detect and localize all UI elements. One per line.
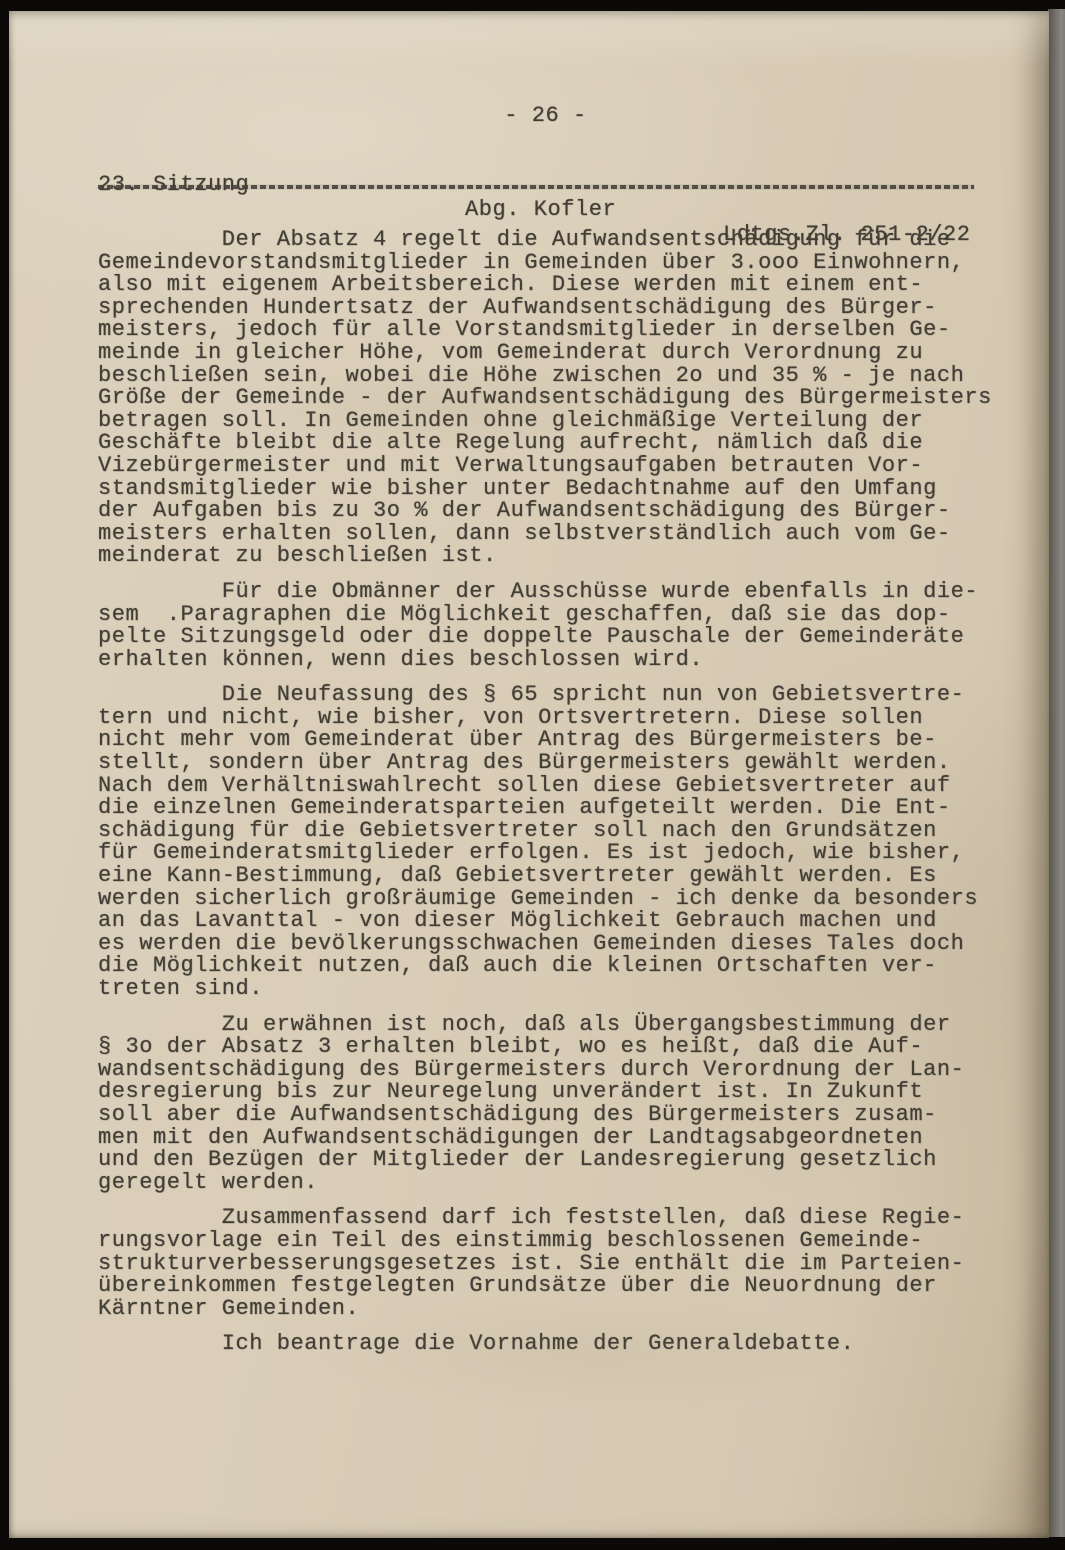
text-line: Zu erwähnen ist noch, daß als Übergangsb… — [98, 1014, 998, 1037]
text-line: schädigung für die Gebietsvertreter soll… — [98, 820, 998, 843]
text-line: Zusammenfassend darf ich feststellen, da… — [98, 1207, 998, 1230]
paragraph: Zu erwähnen ist noch, daß als Übergangsb… — [98, 1014, 998, 1195]
paragraph: Für die Obmänner der Ausschüsse wurde eb… — [98, 581, 998, 671]
text-line: § 3o der Absatz 3 erhalten bleibt, wo es… — [98, 1036, 998, 1059]
text-line: für Gemeinderatsmitglieder erfolgen. Es … — [98, 842, 998, 865]
body-text: Der Absatz 4 regelt die Aufwandsentschäd… — [98, 229, 998, 1369]
text-line: Gemeindevorstandsmitglieder in Gemeinden… — [98, 252, 998, 275]
header-speaker: Abg. Kofler — [465, 197, 616, 222]
text-line: meisters erhalten sollen, dann selbstver… — [98, 523, 998, 546]
text-line: meinderat zu beschließen ist. — [98, 545, 998, 568]
text-line: geregelt werden. — [98, 1172, 998, 1195]
text-line: sprechenden Hundertsatz der Aufwandsents… — [98, 297, 998, 320]
text-line: Der Absatz 4 regelt die Aufwandsentschäd… — [98, 229, 998, 252]
text-line: beschließen sein, wobei die Höhe zwische… — [98, 365, 998, 388]
text-line: strukturverbesserungsgesetzes ist. Sie e… — [98, 1253, 998, 1276]
paragraph: Zusammenfassend darf ich feststellen, da… — [98, 1207, 998, 1320]
text-line: Nach dem Verhältniswahlrecht sollen dies… — [98, 775, 998, 798]
text-line: meisters, jedoch für alle Vorstandsmitgl… — [98, 319, 998, 342]
text-line: betragen soll. In Gemeinden ohne gleichm… — [98, 410, 998, 433]
text-line: Ich beantrage die Vornahme der Generalde… — [98, 1333, 998, 1356]
text-line: eine Kann-Bestimmung, daß Gebietsvertret… — [98, 865, 998, 888]
text-line: desregierung bis zur Neuregelung unverän… — [98, 1081, 998, 1104]
paragraph: Der Absatz 4 regelt die Aufwandsentschäd… — [98, 229, 998, 568]
text-line: Die Neufassung des § 65 spricht nun von … — [98, 684, 998, 707]
text-line: die Möglichkeit nutzen, daß auch die kle… — [98, 955, 998, 978]
text-line: rungsvorlage ein Teil des einstimmig bes… — [98, 1230, 998, 1253]
header-underline-rule — [98, 185, 974, 189]
text-line: pelte Sitzungsgeld oder die doppelte Pau… — [98, 626, 998, 649]
text-line: wandsentschädigung des Bürgermeisters du… — [98, 1059, 998, 1082]
text-line: Für die Obmänner der Ausschüsse wurde eb… — [98, 581, 998, 604]
page-header: 23. Sitzung Abg. Kofler Ldtgs.Zl. 251-2/… — [98, 147, 993, 173]
text-line: tern und nicht, wie bisher, von Ortsvert… — [98, 707, 998, 730]
paragraph: Die Neufassung des § 65 spricht nun von … — [98, 684, 998, 1000]
text-line: also mit eigenem Arbeitsbereich. Diese w… — [98, 274, 998, 297]
text-line: erhalten können, wenn dies beschlossen w… — [98, 649, 998, 672]
text-line: Größe der Gemeinde - der Aufwandsentschä… — [98, 387, 998, 410]
text-line: stellt, sondern über Antrag des Bürgerme… — [98, 752, 998, 775]
text-line: übereinkommen festgelegten Grundsätze üb… — [98, 1275, 998, 1298]
text-line: Geschäfte bleibt die alte Regelung aufre… — [98, 432, 998, 455]
text-line: der Aufgaben bis zu 3o % der Aufwandsent… — [98, 500, 998, 523]
text-line: die einzelnen Gemeinderatsparteien aufge… — [98, 797, 998, 820]
text-line: sem .Paragraphen die Möglichkeit geschaf… — [98, 604, 998, 627]
text-line: standsmitglieder wie bisher unter Bedach… — [98, 478, 998, 501]
text-line: und den Bezügen der Mitglieder der Lande… — [98, 1149, 998, 1172]
text-line: an das Lavanttal - von dieser Möglichkei… — [98, 910, 998, 933]
text-line: men mit den Aufwandsentschädigungen der … — [98, 1127, 998, 1150]
scanned-page: - 26 - 23. Sitzung Abg. Kofler Ldtgs.Zl.… — [0, 0, 1065, 1550]
text-line: meinde in gleicher Höhe, vom Gemeinderat… — [98, 342, 998, 365]
text-line: werden sicherlich großräumige Gemeinden … — [98, 888, 998, 911]
text-line: Kärntner Gemeinden. — [98, 1298, 998, 1321]
text-line: es werden die bevölkerungsschwachen Geme… — [98, 933, 998, 956]
text-line: Vizebürgermeister und mit Verwaltungsauf… — [98, 455, 998, 478]
paragraph: Ich beantrage die Vornahme der Generalde… — [98, 1333, 998, 1356]
page-number: - 26 - — [98, 103, 993, 128]
paper: - 26 - 23. Sitzung Abg. Kofler Ldtgs.Zl.… — [9, 11, 1049, 1538]
book-edge — [1048, 9, 1065, 1537]
text-line: nicht mehr vom Gemeinderat über Antrag d… — [98, 729, 998, 752]
text-line: soll aber die Aufwandsentschädigung des … — [98, 1104, 998, 1127]
text-line: treten sind. — [98, 978, 998, 1001]
